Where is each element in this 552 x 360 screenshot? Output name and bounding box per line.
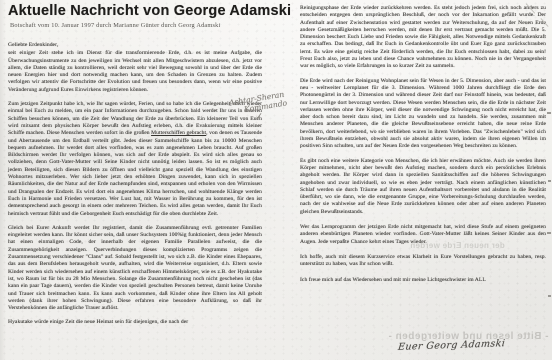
paragraph-right-3: Es gibt noch eine weitere Kategorie von …	[300, 158, 546, 216]
paragraph-right-2: Die Erde wird nach der Reinigung Wohnpla…	[300, 78, 546, 151]
right-text-column: Reinigungsphase der Erde wieder zurückke…	[300, 5, 546, 291]
paragraph-left-2: Zum jetzigen Zeitpunkt habe ich, wie Ihr…	[8, 101, 262, 218]
scan-edge-artifact	[547, 232, 551, 234]
salutation: Geliebte Erdenkinder,	[8, 42, 262, 49]
paragraph-right-4: Wer das Lernprogramm der jetzigen Erde n…	[300, 224, 546, 246]
paragraph-right-1: Reinigungsphase der Erde wieder zurückke…	[300, 5, 546, 71]
scan-edge-artifact	[548, 180, 551, 182]
underlined-phrase-mutterschiffen: Mutterschiffen gebracht	[151, 130, 206, 136]
paragraph-right-5: Ich hoffe, auch mit diesem Kurzservice e…	[300, 254, 546, 269]
paragraph-right-6: Ich freue mich auf das Wiedersehen und m…	[300, 277, 546, 284]
scanned-letter-page: Aktuelle Nachricht von George Adamski Bo…	[0, 0, 552, 360]
paragraph-left-3: Gleich bei Eurer Ankunft werdet Ihr regi…	[8, 225, 262, 313]
paragraph-left-2-after: , von denen es Tausende und Abertausende…	[8, 130, 262, 216]
paragraph-left-1: seit einiger Zeit stehe ich im Dienst fü…	[8, 50, 262, 94]
page-title: Aktuelle Nachricht von George Adamski	[8, 3, 291, 19]
scan-edge-artifact	[547, 112, 551, 114]
left-text-column: Geliebte Erdenkinder, seit einiger Zeit …	[8, 42, 262, 327]
message-subtitle: Botschaft vom 10. Januar 1997 durch Mari…	[10, 22, 220, 29]
scan-edge-shadow	[0, 0, 6, 360]
signature-georg-adamski: Euer Georg Adamski	[397, 338, 505, 353]
scan-edge-artifact	[548, 295, 551, 297]
paragraph-left-4: Hyakutake würde einige Zeit die neue Hei…	[8, 319, 262, 326]
